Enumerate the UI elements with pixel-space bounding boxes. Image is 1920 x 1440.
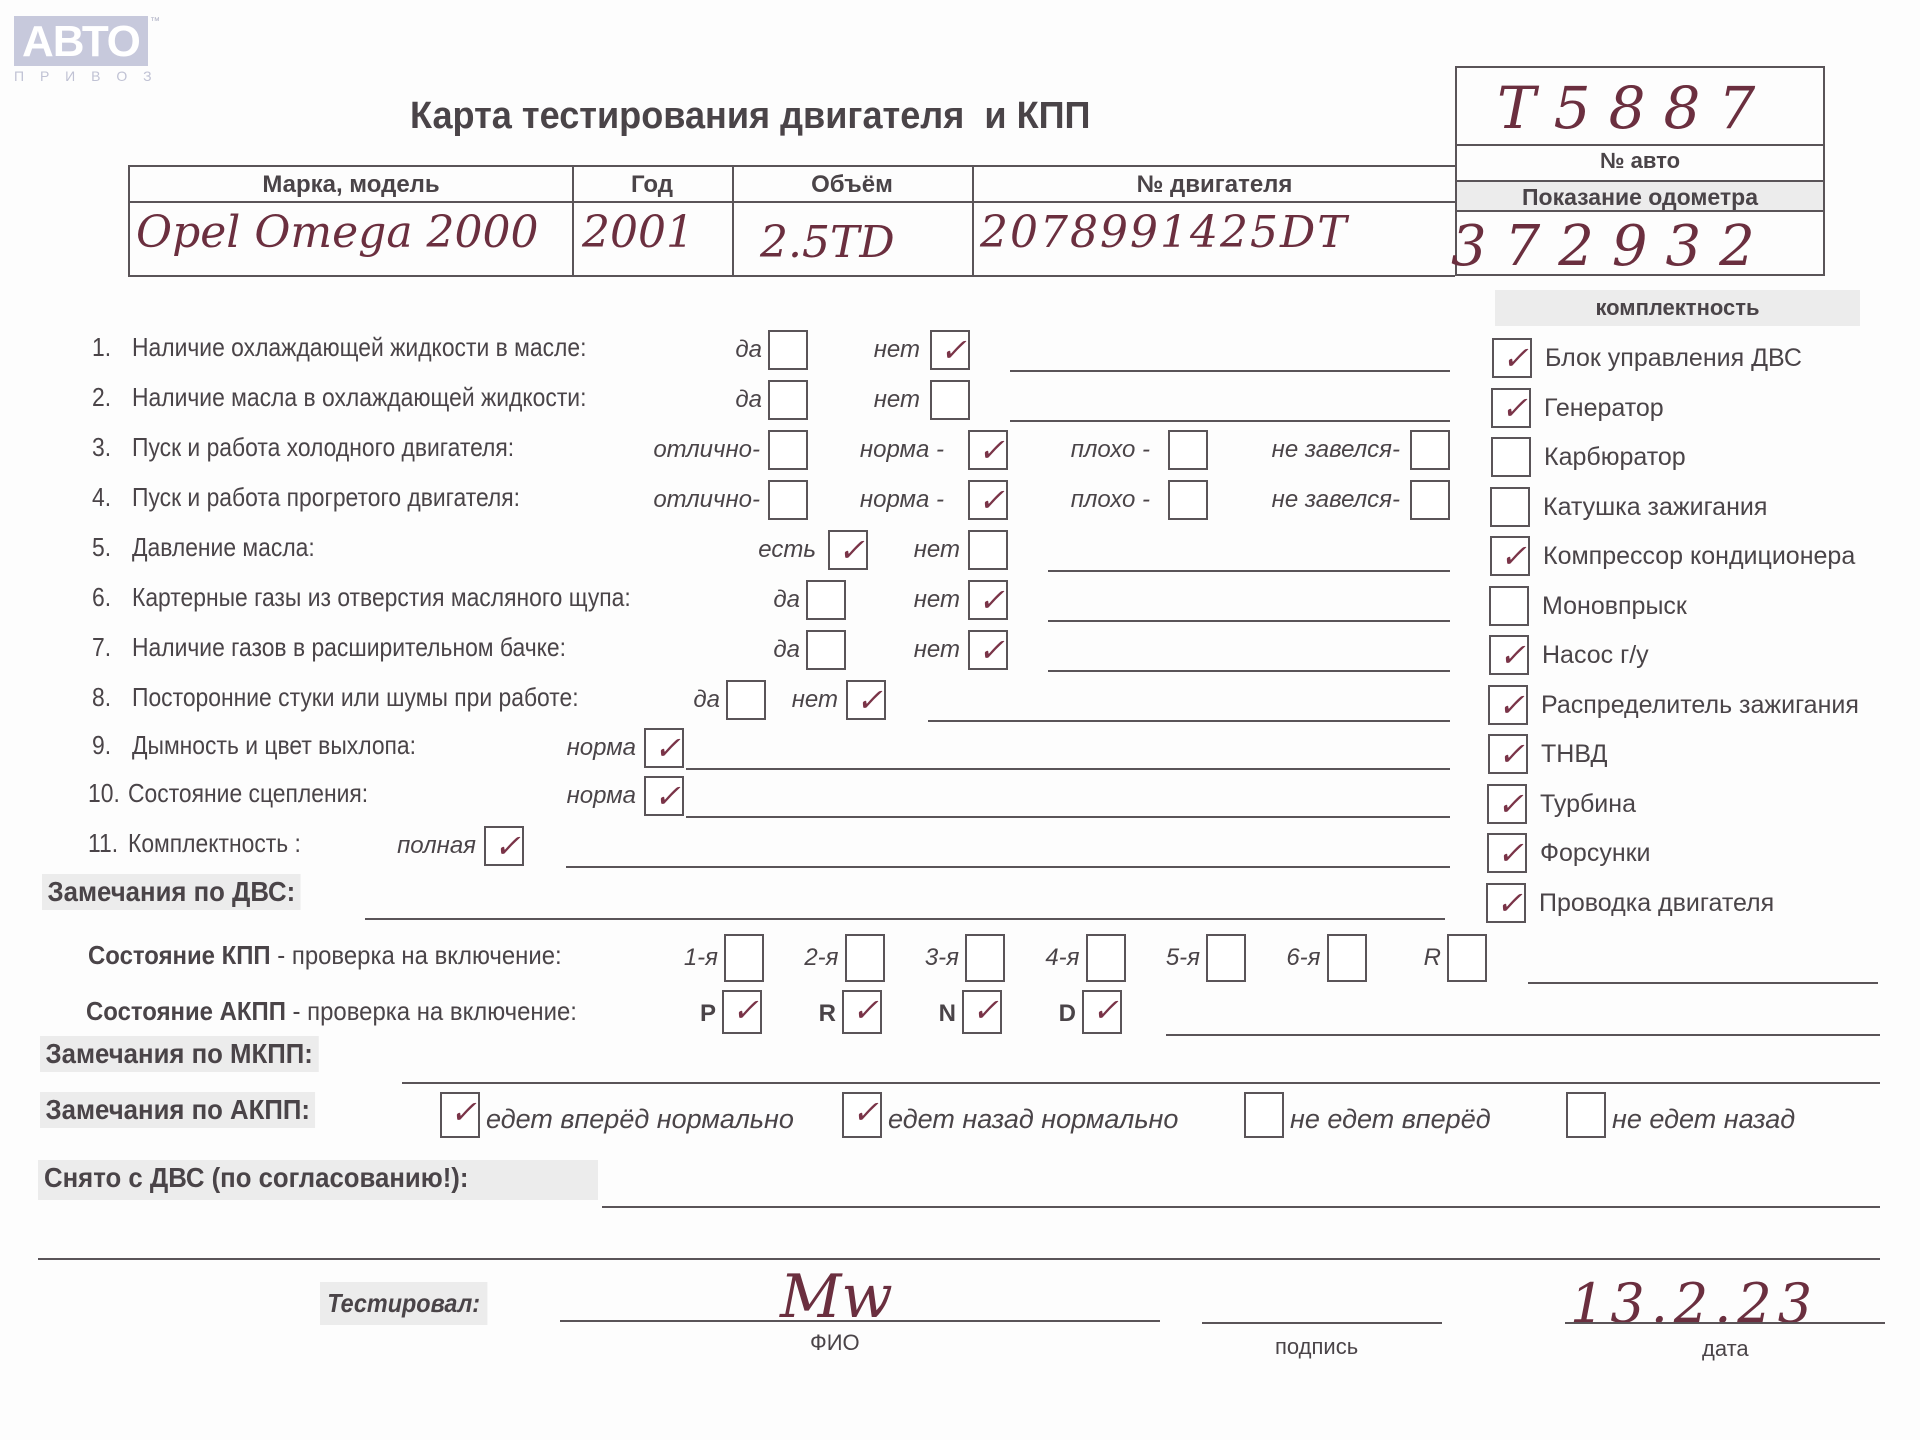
option-checkbox[interactable] <box>1410 430 1450 470</box>
check-mark-icon: ✓ <box>940 330 967 370</box>
check-mark-icon: ✓ <box>654 776 681 816</box>
check-mark-icon: ✓ <box>1497 833 1524 873</box>
completeness-checkbox[interactable] <box>1491 437 1531 477</box>
option-label: отлично- <box>560 436 760 464</box>
option-checkbox[interactable]: ✓ <box>968 630 1008 670</box>
question-number: 4. <box>92 482 111 513</box>
option-checkbox[interactable]: ✓ <box>968 580 1008 620</box>
vehicle-table: Марка, модель Год Объём № двигателя Opel… <box>128 165 1455 277</box>
option-label: норма <box>436 734 636 762</box>
kpp-remarks-field[interactable] <box>1528 982 1878 984</box>
check-mark-icon: ✓ <box>1496 883 1523 923</box>
check-mark-icon: ✓ <box>978 630 1005 670</box>
completeness-checkbox[interactable]: ✓ <box>1491 388 1531 428</box>
akpp-mode-checkbox[interactable]: ✓ <box>1082 990 1122 1034</box>
question-text: Посторонние стуки или шумы при работе: <box>132 682 579 713</box>
option-label: не завелся- <box>1200 436 1400 464</box>
completeness-checkbox[interactable]: ✓ <box>1492 338 1532 378</box>
option-label: нет <box>760 586 960 614</box>
option-checkbox[interactable]: ✓ <box>846 680 886 720</box>
remarks-mkpp-field[interactable] <box>402 1082 1880 1084</box>
question-remark-field[interactable] <box>566 866 1450 868</box>
check-mark-icon: ✓ <box>856 680 883 720</box>
cell-volume: 2.5TD <box>760 217 895 268</box>
removed-label-text: Снято с ДВС (по согласованию!): <box>44 1162 468 1194</box>
check-mark-icon: ✓ <box>852 1092 879 1132</box>
check-mark-icon: ✓ <box>1502 338 1529 378</box>
option-label: норма <box>436 782 636 810</box>
completeness-title: комплектность <box>1495 290 1860 326</box>
question-number: 1. <box>92 332 111 363</box>
check-mark-icon: ✓ <box>1497 784 1524 824</box>
option-checkbox[interactable] <box>930 380 970 420</box>
akpp-label: Состояние АКПП - проверка на включение: <box>86 996 577 1027</box>
signature-field[interactable] <box>1202 1322 1442 1324</box>
check-mark-icon: ✓ <box>654 728 681 768</box>
question-number: 11. <box>88 828 118 859</box>
completeness-checkbox[interactable]: ✓ <box>1488 685 1528 725</box>
akpp-mode-label: D <box>876 1000 1076 1028</box>
option-label: норма - <box>744 486 944 514</box>
option-label: нет <box>720 336 920 364</box>
option-label: норма - <box>744 436 944 464</box>
cell-model: Opel Omega 2000 <box>136 207 539 258</box>
option-checkbox[interactable]: ✓ <box>930 330 970 370</box>
option-checkbox[interactable]: ✓ <box>484 826 524 866</box>
logo-sub: П Р И В О З <box>14 68 158 84</box>
name-caption: ФИО <box>810 1330 860 1356</box>
completeness-checkbox[interactable]: ✓ <box>1489 635 1529 675</box>
option-label: отлично- <box>560 486 760 514</box>
completeness-label: Турбина <box>1540 790 1636 819</box>
completeness-checkbox[interactable]: ✓ <box>1490 536 1530 576</box>
option-label: нет <box>760 636 960 664</box>
question-text: Пуск и работа прогретого двигателя: <box>132 482 520 513</box>
question-remark-field[interactable] <box>1048 620 1450 622</box>
date-value: 13.2.23 <box>1570 1272 1818 1335</box>
logo-main: АВТО <box>14 16 148 66</box>
akpp-remark-label: едет назад нормально <box>888 1104 1178 1135</box>
option-label: нет <box>638 686 838 714</box>
question-number: 8. <box>92 682 111 713</box>
check-mark-icon: ✓ <box>1499 635 1526 675</box>
col-header-volume: Объём <box>732 171 972 199</box>
removed-field[interactable] <box>602 1206 1880 1208</box>
option-checkbox[interactable] <box>1410 480 1450 520</box>
question-remark-field[interactable] <box>1010 370 1450 372</box>
car-number-box: Т5887 № авто Показание одометра 372932 <box>1455 66 1825 276</box>
completeness-label: Катушка зажигания <box>1543 493 1767 522</box>
completeness-label: Насос г/у <box>1542 641 1649 670</box>
question-text: Наличие охлаждающей жидкости в масле: <box>132 332 586 363</box>
question-text: Пуск и работа холодного двигателя: <box>132 432 514 463</box>
question-number: 9. <box>92 730 111 761</box>
remarks-ice-label: Замечания по ДВС: <box>42 874 301 910</box>
akpp-label-bold: Состояние АКПП <box>86 996 286 1026</box>
option-label: плохо - <box>950 436 1150 464</box>
question-number: 3. <box>92 432 111 463</box>
question-text: Дымность и цвет выхлопа: <box>132 730 416 761</box>
question-number: 6. <box>92 582 111 613</box>
completeness-label: Распределитель зажигания <box>1541 691 1859 720</box>
completeness-checkbox[interactable]: ✓ <box>1488 734 1528 774</box>
option-label: нет <box>760 536 960 564</box>
completeness-label: Проводка двигателя <box>1539 889 1774 918</box>
question-text: Наличие масла в охлаждающей жидкости: <box>132 382 586 413</box>
option-label: полная <box>276 832 476 860</box>
completeness-checkbox[interactable] <box>1490 487 1530 527</box>
completeness-label: Компрессор кондиционера <box>1543 542 1855 571</box>
remarks-akpp-label: Замечания по АКПП: <box>40 1092 315 1128</box>
question-text: Состояние сцепления: <box>128 778 368 809</box>
odometer-label: Показание одометра <box>1457 180 1823 212</box>
option-checkbox[interactable]: ✓ <box>644 776 684 816</box>
option-label: плохо - <box>950 486 1150 514</box>
completeness-label: Моновпрыск <box>1542 592 1687 621</box>
date-field[interactable] <box>1565 1322 1885 1324</box>
akpp-remark-checkbox[interactable]: ✓ <box>842 1092 882 1138</box>
kpp-label: Состояние КПП - проверка на включение: <box>88 940 562 971</box>
akpp-remark-checkbox[interactable] <box>1244 1092 1284 1138</box>
car-number-label: № авто <box>1457 144 1823 176</box>
gear-label: R <box>1241 944 1441 972</box>
option-checkbox[interactable]: ✓ <box>644 728 684 768</box>
check-mark-icon: ✓ <box>1498 734 1525 774</box>
gear-checkbox[interactable] <box>1447 934 1487 982</box>
cell-engine-number: 2078991425DT <box>980 207 1349 258</box>
completeness-label: Блок управления ДВС <box>1545 344 1802 373</box>
kpp-label-bold: Состояние КПП <box>88 940 271 970</box>
car-number-value: Т5887 <box>1497 74 1773 142</box>
akpp-remark-label: не едет назад <box>1612 1104 1795 1135</box>
question-text: Картерные газы из отверстия масляного щу… <box>132 582 631 613</box>
question-remark-field[interactable] <box>1048 570 1450 572</box>
question-number: 10. <box>88 778 120 809</box>
akpp-remark-checkbox[interactable] <box>1566 1092 1606 1138</box>
check-mark-icon: ✓ <box>494 826 521 866</box>
signature-caption: подпись <box>1275 1334 1358 1360</box>
question-remark-field[interactable] <box>928 720 1450 722</box>
completeness-label: Карбюратор <box>1544 443 1686 472</box>
akpp-remarks-field[interactable] <box>1166 1034 1880 1036</box>
completeness-label: Генератор <box>1544 394 1664 423</box>
date-caption: дата <box>1702 1336 1749 1362</box>
logo-tm: ™ <box>150 16 160 27</box>
divider-line <box>38 1258 1880 1260</box>
name-field[interactable] <box>560 1320 1160 1322</box>
question-number: 5. <box>92 532 111 563</box>
col-header-model: Марка, модель <box>130 171 572 199</box>
question-number: 2. <box>92 382 111 413</box>
col-header-year: Год <box>572 171 732 199</box>
question-text: Давление масла: <box>132 532 315 563</box>
odometer-value: 372932 <box>1451 214 1773 279</box>
check-mark-icon: ✓ <box>1500 536 1527 576</box>
completeness-checkbox[interactable]: ✓ <box>1487 833 1527 873</box>
check-mark-icon: ✓ <box>1092 990 1119 1030</box>
question-remark-field[interactable] <box>1048 670 1450 672</box>
akpp-remark-label: не едет вперёд <box>1290 1104 1491 1135</box>
check-mark-icon: ✓ <box>1498 685 1525 725</box>
akpp-remark-checkbox[interactable]: ✓ <box>440 1092 480 1138</box>
remarks-mkpp-label: Замечания по МКПП: <box>40 1036 318 1072</box>
check-mark-icon: ✓ <box>1501 388 1528 428</box>
question-number: 7. <box>92 632 111 663</box>
completeness-checkbox[interactable]: ✓ <box>1486 883 1526 923</box>
check-mark-icon: ✓ <box>978 580 1005 620</box>
option-label: нет <box>720 386 920 414</box>
completeness-label: Форсунки <box>1540 839 1651 868</box>
completeness-checkbox[interactable] <box>1489 586 1529 626</box>
option-label: не завелся- <box>1200 486 1400 514</box>
logo: АВТО ™ П Р И В О З <box>14 16 158 84</box>
question-text: Комплектность : <box>128 828 301 859</box>
question-remark-field[interactable] <box>686 768 1450 770</box>
completeness-label: ТНВД <box>1541 740 1607 769</box>
remarks-ice-field[interactable] <box>365 918 1445 920</box>
col-header-engine-number: № двигателя <box>972 171 1457 199</box>
question-text: Наличие газов в расширительном бачке: <box>132 632 566 663</box>
question-remark-field[interactable] <box>1010 420 1450 422</box>
akpp-remark-label: едет вперёд нормально <box>486 1104 794 1135</box>
option-checkbox[interactable] <box>968 530 1008 570</box>
question-remark-field[interactable] <box>686 816 1450 818</box>
tested-by-label: Тестировал: <box>320 1282 487 1325</box>
page-title: Карта тестирования двигателя и КПП <box>410 95 1091 138</box>
cell-year: 2001 <box>582 207 694 258</box>
check-mark-icon: ✓ <box>450 1092 477 1132</box>
completeness-checkbox[interactable]: ✓ <box>1487 784 1527 824</box>
